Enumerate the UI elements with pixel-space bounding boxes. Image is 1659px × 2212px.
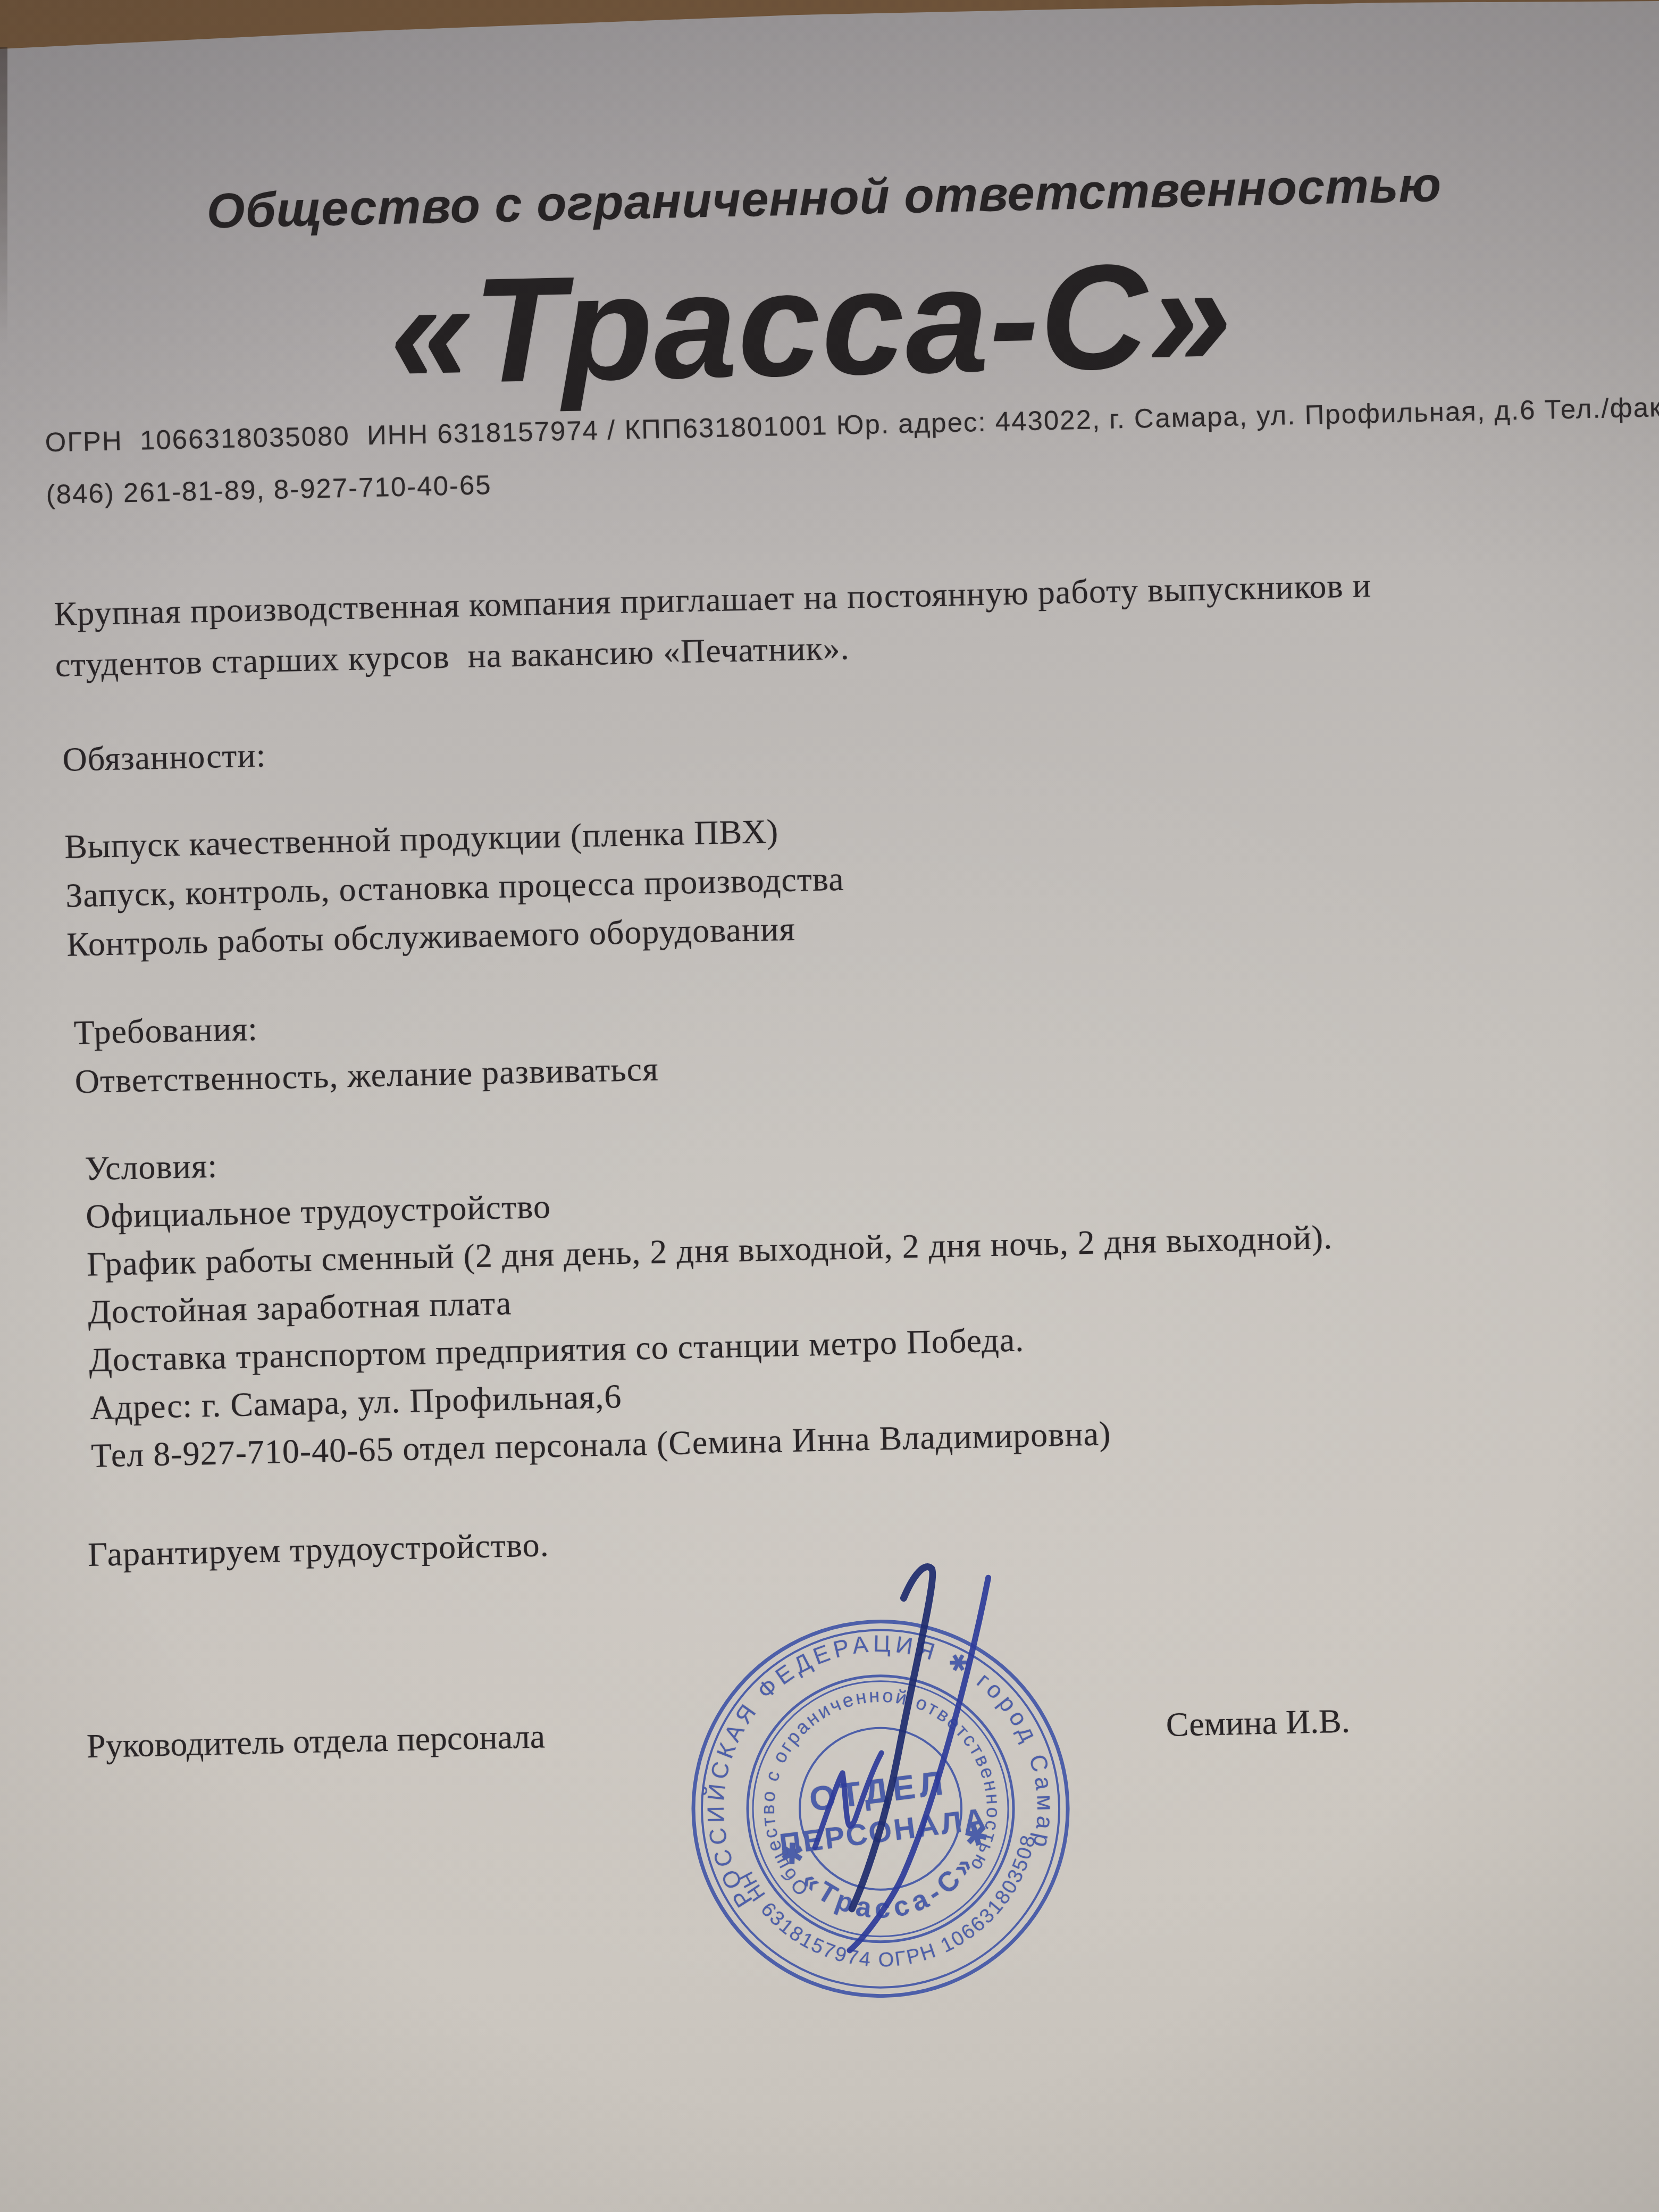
duty-item: Выпуск качественной продукции (пленка ПВ… bbox=[64, 811, 779, 866]
signer-position: Руководитель отдела персонала bbox=[86, 1716, 545, 1766]
org-type-heading: Общество с ограниченной ответственностью bbox=[0, 152, 1654, 244]
company-name-heading: «Трасса-С» bbox=[0, 232, 1626, 416]
company-stamp: ✱ РОССИЙСКАЯ ФЕДЕРАЦИЯ ✱ город Самара ✱ … bbox=[631, 1559, 1130, 2059]
paper-edge-shadow bbox=[0, 47, 7, 345]
guarantee-line: Гарантируем трудоустройство. bbox=[87, 1525, 549, 1574]
condition-item: Адрес: г. Самара, ул. Профильная,6 bbox=[89, 1377, 622, 1428]
conditions-title: Условия: bbox=[85, 1146, 218, 1188]
duty-item: Контроль работы обслуживаемого оборудова… bbox=[66, 909, 795, 965]
condition-item: Доставка транспортом предприятия со стан… bbox=[88, 1320, 1024, 1380]
requirements-title: Требования: bbox=[73, 1009, 258, 1053]
signer-name: Семина И.В. bbox=[1166, 1701, 1351, 1745]
intro-line-2: студентов старших курсов на вакансию «Пе… bbox=[55, 628, 850, 685]
duties-title: Обязанности: bbox=[62, 735, 266, 779]
condition-item: Достойная заработная плата bbox=[88, 1284, 513, 1332]
condition-item: Официальное трудоустройство bbox=[86, 1187, 551, 1236]
document-photo: Общество с ограниченной ответственностью… bbox=[0, 0, 1659, 2212]
requisites-line-2: (846) 261-81-89, 8-927-710-40-65 bbox=[46, 469, 492, 510]
requirement-item: Ответственность, желание развиваться bbox=[74, 1049, 659, 1101]
document-content: Общество с ограниченной ответственностью… bbox=[0, 0, 1659, 2212]
intro-line-1: Крупная производственная компания пригла… bbox=[54, 566, 1372, 634]
duty-item: Запуск, контроль, остановка процесса про… bbox=[65, 859, 844, 916]
